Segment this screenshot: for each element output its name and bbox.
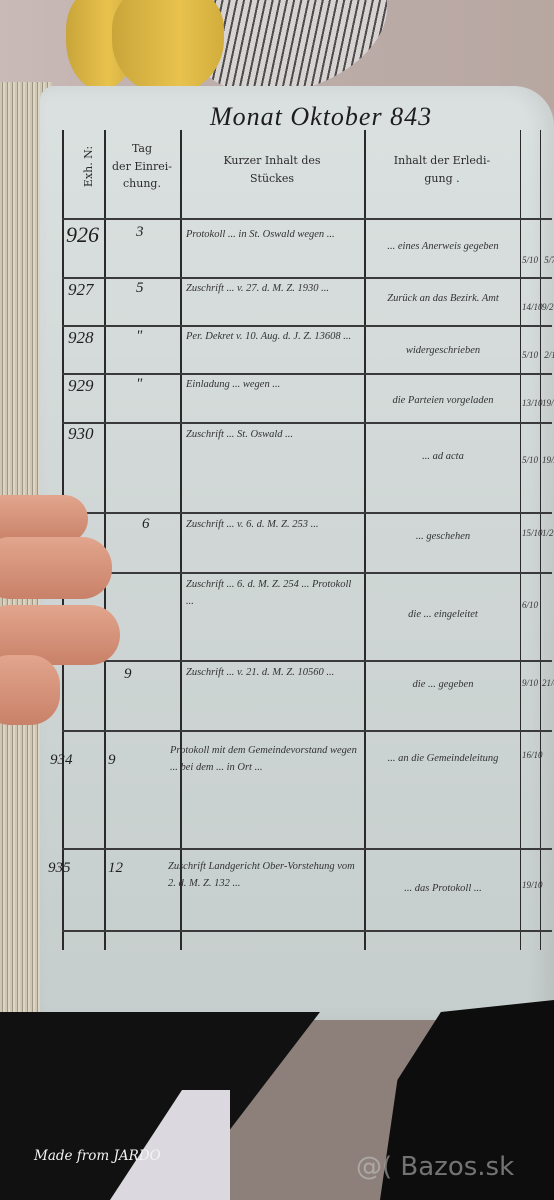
row-divider	[62, 512, 552, 514]
watermark: @( Bazos.sk	[356, 1152, 514, 1182]
hand	[0, 495, 120, 725]
entry-resolution: ... geschehen	[368, 528, 518, 545]
entry-date-fraction: 9/10	[522, 678, 538, 688]
row-divider	[62, 572, 552, 574]
entry-date-fraction: 21/4	[542, 678, 554, 688]
entry-resolution: ... eines Anerweis gegeben	[368, 238, 518, 255]
header-content-line: Kurzer Inhalt des	[182, 152, 362, 170]
entry-resolution: widergeschrieben	[368, 342, 518, 359]
row-divider	[62, 373, 552, 375]
page-title: Monat Oktober 843	[210, 102, 432, 132]
entry-content: Zuschrift ... v. 21. d. M. Z. 10560 ...	[186, 664, 361, 681]
entry-resolution: die ... gegeben	[368, 676, 518, 693]
header-content-line: Stückes	[182, 170, 362, 188]
entry-date-fraction: 5/10	[522, 455, 538, 465]
entry-resolution: ... an die Gemeindeleitung	[368, 750, 518, 767]
entry-content: Protokoll mit dem Gemeindevorstand wegen…	[170, 742, 360, 776]
header-resolution-line: gung .	[366, 170, 518, 188]
caption-text: Made from JARDO	[34, 1148, 161, 1164]
entry-date-fraction: 5/10	[522, 350, 538, 360]
entry-resolution: die ... eingeleitet	[368, 606, 518, 623]
entry-number: 926	[66, 222, 99, 248]
entry-date-fraction: 1/26	[542, 528, 554, 538]
entry-content: Zuschrift ... 6. d. M. Z. 254 ... Protok…	[186, 576, 361, 610]
header-content: Kurzer Inhalt des Stückes	[182, 152, 362, 187]
entry-day: 9	[124, 666, 132, 683]
entry-resolution: ... das Protokoll ...	[368, 880, 518, 897]
entry-date-fraction: 19/2/26	[542, 455, 554, 465]
row-divider	[62, 848, 552, 850]
entry-date-fraction: 9/26	[542, 302, 554, 312]
entry-date-fraction: 13/10	[522, 398, 538, 408]
entry-date-fraction: 5/10	[522, 255, 538, 265]
palm	[0, 655, 60, 725]
entry-resolution: die Parteien vorgeladen	[368, 392, 518, 409]
entry-content: Per. Dekret v. 10. Aug. d. J. Z. 13608 .…	[186, 328, 361, 345]
entry-date-fraction: 14/10	[522, 302, 538, 312]
entry-number: 928	[68, 328, 94, 348]
entry-number: 935	[48, 860, 71, 877]
row-divider	[62, 325, 552, 327]
entry-date-fraction: 16/10	[522, 750, 538, 760]
entry-content: Zuschrift ... St. Oswald ...	[186, 426, 361, 443]
entry-day: "	[136, 376, 142, 393]
entry-number: 929	[68, 376, 94, 396]
entry-day: "	[136, 328, 142, 345]
header-resolution-line: Inhalt der Erledi-	[366, 152, 518, 170]
column-divider	[540, 130, 541, 950]
entry-date-fraction: 2/1	[542, 350, 554, 360]
entry-day: 9	[108, 752, 116, 769]
column-divider	[364, 130, 366, 950]
entry-resolution: ... ad acta	[368, 448, 518, 465]
entry-content: Einladung ... wegen ...	[186, 376, 361, 393]
entry-number: 930	[68, 424, 94, 444]
row-divider	[62, 218, 552, 220]
entry-day: 6	[142, 516, 150, 533]
finger	[0, 495, 88, 543]
row-divider	[62, 730, 552, 732]
entry-resolution: Zurück an das Bezirk. Amt	[368, 290, 518, 307]
finger	[0, 537, 112, 599]
column-divider	[180, 130, 182, 950]
entry-number: 927	[68, 280, 94, 300]
header-day-line: chung.	[106, 175, 178, 193]
header-number: Exh. N:	[82, 146, 95, 187]
entry-date-fraction: 15/10	[522, 528, 538, 538]
entry-date-fraction: 5/7	[542, 255, 554, 265]
row-divider	[62, 660, 552, 662]
entry-content: Zuschrift ... v. 6. d. M. Z. 253 ...	[186, 516, 361, 533]
entry-day: 3	[136, 224, 144, 241]
row-divider	[62, 930, 552, 932]
header-day-line: Tag	[106, 140, 178, 158]
column-divider	[520, 130, 521, 950]
entry-number: 934	[50, 752, 73, 769]
header-day-line: der Einrei-	[106, 158, 178, 176]
entry-date-fraction: 19/12	[542, 398, 554, 408]
header-resolution: Inhalt der Erledi- gung .	[366, 152, 518, 187]
entry-date-fraction: 6/10	[522, 600, 538, 610]
row-divider	[62, 277, 552, 279]
entry-day: 12	[108, 860, 123, 877]
entry-content: Zuschrift ... v. 27. d. M. Z. 1930 ...	[186, 280, 361, 297]
entry-content: Zuschrift Landgericht Ober-Vorstehung vo…	[168, 858, 360, 892]
row-divider	[62, 422, 552, 424]
header-day: Tag der Einrei- chung.	[106, 140, 178, 193]
entry-date-fraction: 19/10	[522, 880, 538, 890]
entry-content: Protokoll ... in St. Oswald wegen ...	[186, 226, 361, 243]
entry-day: 5	[136, 280, 144, 297]
